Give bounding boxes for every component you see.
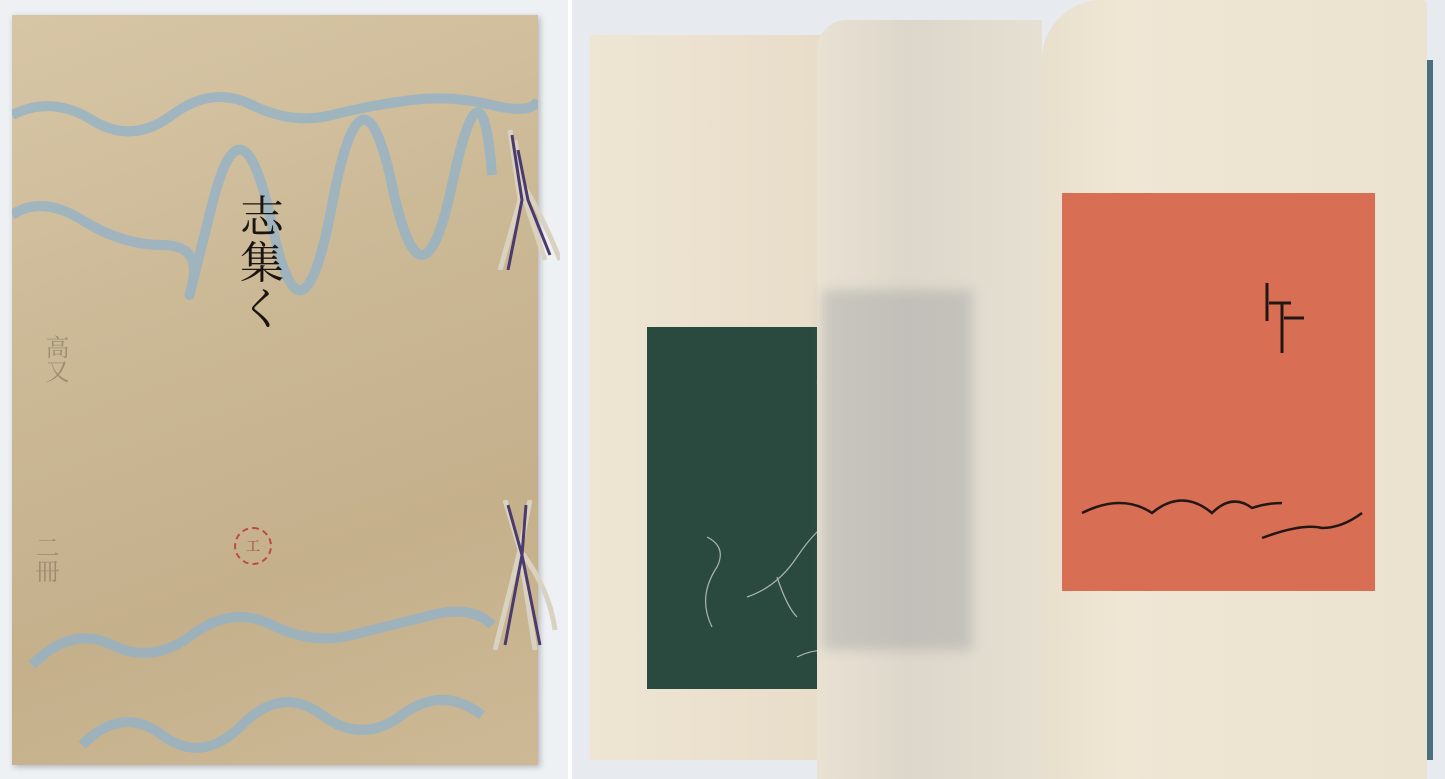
cover-title: 志 集 く <box>234 195 290 334</box>
note-char: 冊 <box>31 559 59 583</box>
title-char: 集 <box>240 241 284 287</box>
seal-char: 工 <box>246 536 260 556</box>
string-tie-icon <box>490 120 560 270</box>
pencil-note: 二冊 <box>28 535 63 583</box>
note-char: 又 <box>41 359 69 383</box>
orange-print <box>1062 193 1375 591</box>
blue-wave-pattern-bottom <box>12 585 538 765</box>
dragonfly-wave-drawing <box>1062 193 1375 591</box>
green-print <box>647 327 843 689</box>
book-cover: 志 集 く 工 高又 二冊 <box>12 15 538 765</box>
red-seal: 工 <box>234 527 272 565</box>
left-page <box>590 35 840 760</box>
pencil-note: 高又 <box>38 335 73 383</box>
interior-photo <box>572 0 1445 779</box>
note-char: 高 <box>41 335 69 359</box>
willow-bird-drawing <box>647 327 843 689</box>
note-char: 二 <box>31 535 59 559</box>
title-char: く <box>240 287 284 333</box>
print-shadow <box>822 290 972 650</box>
title-char: 志 <box>240 195 284 241</box>
right-page <box>1042 0 1427 779</box>
back-cover-edge <box>1427 60 1433 760</box>
string-tie-icon <box>490 500 560 650</box>
cover-photo: 志 集 く 工 高又 二冊 <box>0 0 568 779</box>
